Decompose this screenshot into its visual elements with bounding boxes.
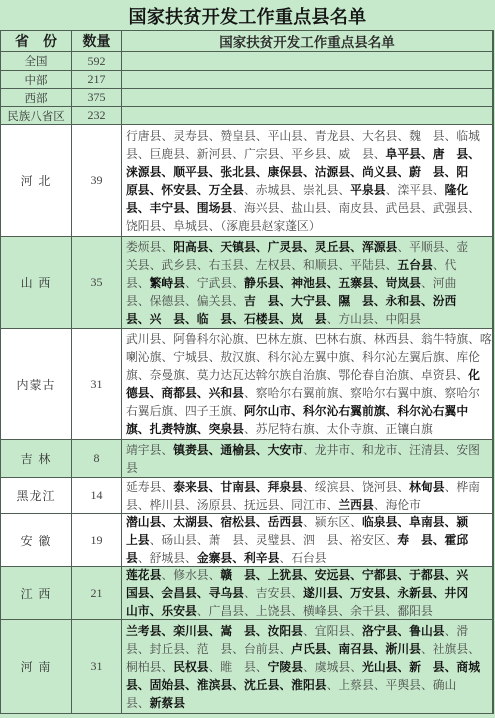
- summary-count: 375: [72, 89, 122, 106]
- county-text-bold: 阳高县、天镇县、广灵县、灵丘县、浑源县: [173, 240, 397, 254]
- county-text: 县、封丘县、范 县、台前县、: [126, 642, 291, 656]
- county-list-line: 县、桦川县、汤原县、抚远县、同江市、兰西县、海伦市: [126, 496, 491, 514]
- table-row-hebei: 河 北 39 行唐县、灵寿县、赞皇县、平山县、青龙县、大名县、魏 县、临城县、巨…: [1, 125, 492, 237]
- county-list-line: 桐柏县、民权县、睢 县、宁陵县、虞城县、光山县、新 县、商城: [126, 658, 491, 676]
- county-text-bold: 涞源县、顺平县、张北县、康保县、沽源县、尚义县、蔚 县、阳: [126, 165, 468, 179]
- county-list-line: 县、丰宁县、围场县、海兴县、盐山县、南皮县、武邑县、武强县、: [126, 199, 491, 217]
- county-list-line: 涞源县、顺平县、张北县、康保县、沽源县、尚义县、蔚 县、阳: [126, 163, 491, 181]
- county-list-line: 山市、乐安县、广昌县、上饶县、横峰县、余干县、鄱阳县: [126, 602, 491, 619]
- county-list-line: 县、固始县、淮滨县、沈丘县、淮阳县、上蔡县、平舆县、确山: [126, 676, 491, 694]
- county-text: 、赤城县、崇礼县、: [244, 183, 350, 197]
- county-list: 行唐县、灵寿县、赞皇县、平山县、青龙县、大名县、魏 县、临城县、巨鹿县、新河县、…: [122, 125, 492, 236]
- county-text-bold: 山市、乐安县: [126, 604, 197, 618]
- table-header-row: 省 份 数量 国家扶贫开发工作重点县名单: [1, 31, 492, 52]
- province-name: 黑龙江: [1, 478, 72, 513]
- county-list-line: 县、巨鹿县、新河县、广宗县、平乡县、威 县、阜平县、唐 县、: [126, 145, 491, 163]
- county-text-bold: 兰考县、栾川县、嵩 县、汝阳县: [126, 624, 303, 638]
- summary-row-central: 中部 217: [1, 71, 492, 89]
- county-text-bold: 遂川县、万安县、永新县、井冈: [303, 586, 468, 600]
- county-list-line: 德县、商都县、兴和县、察哈尔右翼前旗、察哈尔右翼中旗、察哈尔: [126, 384, 491, 402]
- county-text: 、虞城县、: [303, 660, 362, 674]
- county-text: 、滑: [445, 624, 469, 638]
- county-text: 、河曲: [421, 276, 456, 290]
- county-text-bold: 临泉县、阜南县、颍: [362, 515, 468, 529]
- county-count: 8: [72, 440, 122, 477]
- summary-label: 民族八省区: [1, 107, 72, 124]
- county-list-line: 娄烦县、阳高县、天镇县、广灵县、灵丘县、浑源县、平顺县、壶: [126, 238, 491, 256]
- county-list: 兰考县、栾川县、嵩 县、汝阳县、宜阳县、洛宁县、鲁山县、滑县、封丘县、范 县、台…: [122, 620, 492, 713]
- county-count: 35: [72, 237, 122, 328]
- county-text: 旗、奈曼旗、莫力达瓦达斡尔族自治旗、鄂伦春自治旗、卓资县、: [126, 368, 468, 382]
- county-text: 、颍东区、: [303, 515, 362, 529]
- county-text: 、海伦市: [374, 498, 421, 512]
- table-row-jiangxi: 江 西 21 莲花县、修水县、赣 县、上犹县、安远县、宁都县、于都县、兴国县、会…: [1, 567, 492, 620]
- county-text: 、社旗县、: [421, 642, 480, 656]
- county-text-bold: 宁陵县: [268, 660, 303, 674]
- county-text: 县、保德县、偏关县、: [126, 294, 244, 308]
- province-name: 吉 林: [1, 440, 72, 477]
- county-list-line: 行唐县、灵寿县、赞皇县、平山县、青龙县、大名县、魏 县、临城: [126, 127, 491, 145]
- county-text: 县、: [126, 696, 150, 710]
- county-list: 武川县、阿鲁科尔沁旗、巴林左旗、巴林右旗、林西县、翁牛特旗、喀喇沁旗、宁城县、敖…: [122, 329, 492, 439]
- county-text-bold: 阜平县、唐 县、: [386, 147, 480, 161]
- county-text-bold: 吉 县、大宁县、隰 县、永和县、汾西: [244, 294, 456, 308]
- summary-row-western: 西部 375: [1, 89, 492, 107]
- county-text: 桐柏县、: [126, 660, 173, 674]
- county-list-line: 县: [126, 459, 491, 477]
- county-list-line: 国县、会昌县、寻乌县、吉安县、遂川县、万安县、永新县、井冈: [126, 584, 491, 602]
- county-text-bold: 旗、扎赉特旗、突泉县: [126, 422, 244, 436]
- county-text: 、广昌县、上饶县、横峰县、余干县、鄱阳县: [197, 604, 433, 618]
- county-list-line: 县、舒城县、金寨县、利辛县、石台县: [126, 549, 491, 566]
- summary-count: 232: [72, 107, 122, 124]
- province-name: 江 西: [1, 567, 72, 619]
- county-list: 莲花县、修水县、赣 县、上犹县、安远县、宁都县、于都县、兴国县、会昌县、寻乌县、…: [122, 567, 492, 619]
- county-text: 靖宇县、: [126, 443, 173, 457]
- county-text: 、桦南: [445, 480, 480, 494]
- county-text-bold: 国县、会昌县、寻乌县: [126, 586, 244, 600]
- county-text: 、滦平县、: [386, 183, 445, 197]
- county-text: 喇沁旗、宁城县、敖汉旗、科尔沁左翼中旗、科尔沁左翼后旗、库伦: [126, 350, 480, 364]
- county-text-bold: 阿尔山市、科尔沁右翼前旗、科尔沁右翼中: [244, 404, 468, 418]
- county-list: 潜山县、太湖县、宿松县、岳西县、颍东区、临泉县、阜南县、颍上县、砀山县、萧 县、…: [122, 514, 492, 566]
- county-text-bold: 隆化: [445, 183, 469, 197]
- county-text: 、绥滨县、饶河县、: [303, 480, 409, 494]
- summary-list-cell: [122, 89, 492, 106]
- county-text: 、平顺县、壶: [397, 240, 468, 254]
- table-row-jilin: 吉 林 8 靖宇县、镇赉县、通榆县、大安市、龙井市、和龙市、汪清县、安图县: [1, 440, 492, 478]
- county-text-bold: 莲花县: [126, 568, 161, 582]
- county-text-bold: 德县、商都县、兴和县: [126, 386, 244, 400]
- county-list-line: 莲花县、修水县、赣 县、上犹县、安远县、宁都县、于都县、兴: [126, 567, 491, 584]
- county-list-line: 兰考县、栾川县、嵩 县、汝阳县、宜阳县、洛宁县、鲁山县、滑: [126, 622, 491, 640]
- county-list-line: 右翼后旗、四子王旗、阿尔山市、科尔沁右翼前旗、科尔沁右翼中: [126, 402, 491, 420]
- county-count: 39: [72, 125, 122, 236]
- province-name: 安 徽: [1, 514, 72, 566]
- county-text-bold: 潜山县、太湖县、宿松县、岳西县: [126, 515, 303, 529]
- county-count: 19: [72, 514, 122, 566]
- county-text: 县、巨鹿县、新河县、广宗县、平乡县、威 县、: [126, 147, 386, 161]
- county-text: 、睢 县、: [209, 660, 268, 674]
- county-text: 、苏尼特右旗、太仆寺旗、正镶白旗: [244, 422, 433, 436]
- county-text-bold: 五台县: [397, 258, 432, 272]
- county-text: 武川县、阿鲁科尔沁旗、巴林左旗、巴林右旗、林西县、翁牛特旗、喀: [126, 332, 492, 346]
- county-text: 关县、武乡县、右玉县、左权县、和顺县、平陆县、: [126, 258, 397, 272]
- county-list-line: 县、保德县、偏关县、吉 县、大宁县、隰 县、永和县、汾西: [126, 292, 491, 310]
- table-row-henan: 河 南 31 兰考县、栾川县、嵩 县、汝阳县、宜阳县、洛宁县、鲁山县、滑县、封丘…: [1, 620, 492, 714]
- county-text: 行唐县、灵寿县、赞皇县、平山县、青龙县、大名县、魏 县、临城: [126, 129, 480, 143]
- county-text: 县、: [126, 276, 150, 290]
- table-row-anhui: 安 徽 19 潜山县、太湖县、宿松县、岳西县、颍东区、临泉县、阜南县、颍上县、砀…: [1, 514, 492, 567]
- summary-count: 217: [72, 71, 122, 88]
- province-name: 河 南: [1, 620, 72, 713]
- county-list: 延寿县、泰来县、甘南县、拜泉县、绥滨县、饶河县、林甸县、桦南县、桦川县、汤原县、…: [122, 478, 492, 513]
- county-text-bold: 民权县: [173, 660, 208, 674]
- county-list-line: 县、繁峙县、宁武县、静乐县、神池县、五寨县、岢岚县、河曲: [126, 274, 491, 292]
- summary-list-cell: [122, 107, 492, 124]
- summary-row-ethnic-eight: 民族八省区 232: [1, 107, 492, 125]
- county-count: 31: [72, 329, 122, 439]
- county-count: 31: [72, 620, 122, 713]
- header-county-list: 国家扶贫开发工作重点县名单: [122, 31, 492, 51]
- county-text: 、砀山县、萧 县、灵璧县、泗 县、裕安区、: [150, 533, 398, 547]
- county-list-line: 原县、怀安县、万全县、赤城县、崇礼县、平泉县、滦平县、隆化: [126, 181, 491, 199]
- county-text: 县: [126, 461, 138, 475]
- province-name: 内蒙古: [1, 329, 72, 439]
- county-text-bold: 县、兴 县、临 县、石楼县、岚 县: [126, 312, 327, 326]
- county-text: 、方山县、中阳县: [327, 312, 421, 326]
- county-text-bold: 新蔡县: [150, 696, 185, 710]
- county-list: 娄烦县、阳高县、天镇县、广灵县、灵丘县、浑源县、平顺县、壶关县、武乡县、右玉县、…: [122, 237, 492, 328]
- county-list-line: 靖宇县、镇赉县、通榆县、大安市、龙井市、和龙市、汪清县、安图: [126, 441, 491, 459]
- county-text-bold: 镇赉县、通榆县、大安市: [173, 443, 303, 457]
- county-text: 饶阳县、阜城县、（涿鹿县赵家蓬区）: [126, 219, 321, 233]
- summary-list-cell: [122, 52, 492, 70]
- county-list-line: 延寿县、泰来县、甘南县、拜泉县、绥滨县、饶河县、林甸县、桦南: [126, 478, 491, 496]
- county-text: 、察哈尔右翼前旗、察哈尔右翼中旗、察哈尔: [244, 386, 480, 400]
- county-list-line: 饶阳县、阜城县、（涿鹿县赵家蓬区）: [126, 217, 491, 235]
- county-text-bold: 寿 县、霍邱: [397, 533, 468, 547]
- province-name: 山 西: [1, 237, 72, 328]
- county-text-bold: 上县: [126, 533, 150, 547]
- summary-label: 西部: [1, 89, 72, 106]
- county-text: 娄烦县、: [126, 240, 173, 254]
- county-text-bold: 原县、怀安县、万全县: [126, 183, 244, 197]
- summary-label: 全国: [1, 52, 72, 70]
- county-list-line: 县、新蔡县: [126, 694, 491, 712]
- county-text-bold: 泰来县、甘南县、拜泉县: [173, 480, 303, 494]
- county-text: 、吉安县、: [244, 586, 303, 600]
- county-list-line: 潜山县、太湖县、宿松县、岳西县、颍东区、临泉县、阜南县、颍: [126, 514, 491, 531]
- county-text: 右翼后旗、四子王旗、: [126, 404, 244, 418]
- county-text-bold: 卢氏县、南召县、淅川县: [291, 642, 421, 656]
- county-text-bold: 化: [468, 368, 480, 382]
- county-list-line: 旗、扎赉特旗、突泉县、苏尼特右旗、太仆寺旗、正镶白旗: [126, 420, 491, 438]
- county-text-bold: 繁峙县: [150, 276, 185, 290]
- county-text-bold: 金寨县、利辛县: [197, 551, 280, 565]
- county-text-bold: 光山县、新 县、商城: [362, 660, 480, 674]
- county-text-bold: 县: [126, 551, 138, 565]
- county-text: 、上蔡县、平舆县、确山: [327, 678, 457, 692]
- summary-count: 592: [72, 52, 122, 70]
- province-name: 河 北: [1, 125, 72, 236]
- county-text: 、宁武县、: [185, 276, 244, 290]
- county-text: 、石台县: [279, 551, 326, 565]
- page-title: 国家扶贫开发工作重点县名单: [0, 0, 495, 30]
- county-text: 、龙井市、和龙市、汪清县、安图: [303, 443, 480, 457]
- county-text-bold: 洛宁县、鲁山县: [362, 624, 445, 638]
- county-text-bold: 平泉县: [350, 183, 385, 197]
- header-province: 省 份: [1, 31, 72, 51]
- county-text: 、宜阳县、: [303, 624, 362, 638]
- county-text: 、修水县、: [161, 568, 220, 582]
- county-table: 省 份 数量 国家扶贫开发工作重点县名单 全国 592 中部 217 西部 37…: [0, 30, 494, 714]
- county-text: 、海兴县、盐山县、南皮县、武邑县、武强县、: [232, 201, 480, 215]
- county-text-bold: 县、固始县、淮滨县、沈丘县、淮阳县: [126, 678, 327, 692]
- county-text-bold: 兰西县: [338, 498, 373, 512]
- county-list: 靖宇县、镇赉县、通榆县、大安市、龙井市、和龙市、汪清县、安图县: [122, 440, 492, 477]
- county-count: 21: [72, 567, 122, 619]
- county-text-bold: 静乐县、神池县、五寨县、岢岚县: [244, 276, 421, 290]
- summary-list-cell: [122, 71, 492, 88]
- county-text: 、舒城县、: [138, 551, 197, 565]
- summary-row-national: 全国 592: [1, 52, 492, 71]
- county-list-line: 县、封丘县、范 县、台前县、卢氏县、南召县、淅川县、社旗县、: [126, 640, 491, 658]
- county-text-bold: 县、丰宁县、围场县: [126, 201, 232, 215]
- county-list-line: 县、兴 县、临 县、石楼县、岚 县、方山县、中阳县: [126, 310, 491, 328]
- county-list-line: 喇沁旗、宁城县、敖汉旗、科尔沁左翼中旗、科尔沁左翼后旗、库伦: [126, 348, 491, 366]
- county-text-bold: 林甸县: [409, 480, 444, 494]
- table-row-heilongjiang: 黑龙江 14 延寿县、泰来县、甘南县、拜泉县、绥滨县、饶河县、林甸县、桦南县、桦…: [1, 478, 492, 514]
- county-list-line: 上县、砀山县、萧 县、灵璧县、泗 县、裕安区、寿 县、霍邱: [126, 531, 491, 549]
- county-text: 县、桦川县、汤原县、抚远县、同江市、: [126, 498, 338, 512]
- county-list-line: 武川县、阿鲁科尔沁旗、巴林左旗、巴林右旗、林西县、翁牛特旗、喀: [126, 330, 491, 348]
- table-row-shanxi: 山 西 35 娄烦县、阳高县、天镇县、广灵县、灵丘县、浑源县、平顺县、壶关县、武…: [1, 237, 492, 329]
- summary-label: 中部: [1, 71, 72, 88]
- county-list-line: 旗、奈曼旗、莫力达瓦达斡尔族自治旗、鄂伦春自治旗、卓资县、化: [126, 366, 491, 384]
- county-count: 14: [72, 478, 122, 513]
- header-count: 数量: [72, 31, 122, 51]
- county-list-line: 关县、武乡县、右玉县、左权县、和顺县、平陆县、五台县、代: [126, 256, 491, 274]
- county-text: 延寿县、: [126, 480, 173, 494]
- table-row-inner-mongolia: 内蒙古 31 武川县、阿鲁科尔沁旗、巴林左旗、巴林右旗、林西县、翁牛特旗、喀喇沁…: [1, 329, 492, 440]
- county-text-bold: 赣 县、上犹县、安远县、宁都县、于都县、兴: [220, 568, 468, 582]
- county-text: 、代: [433, 258, 457, 272]
